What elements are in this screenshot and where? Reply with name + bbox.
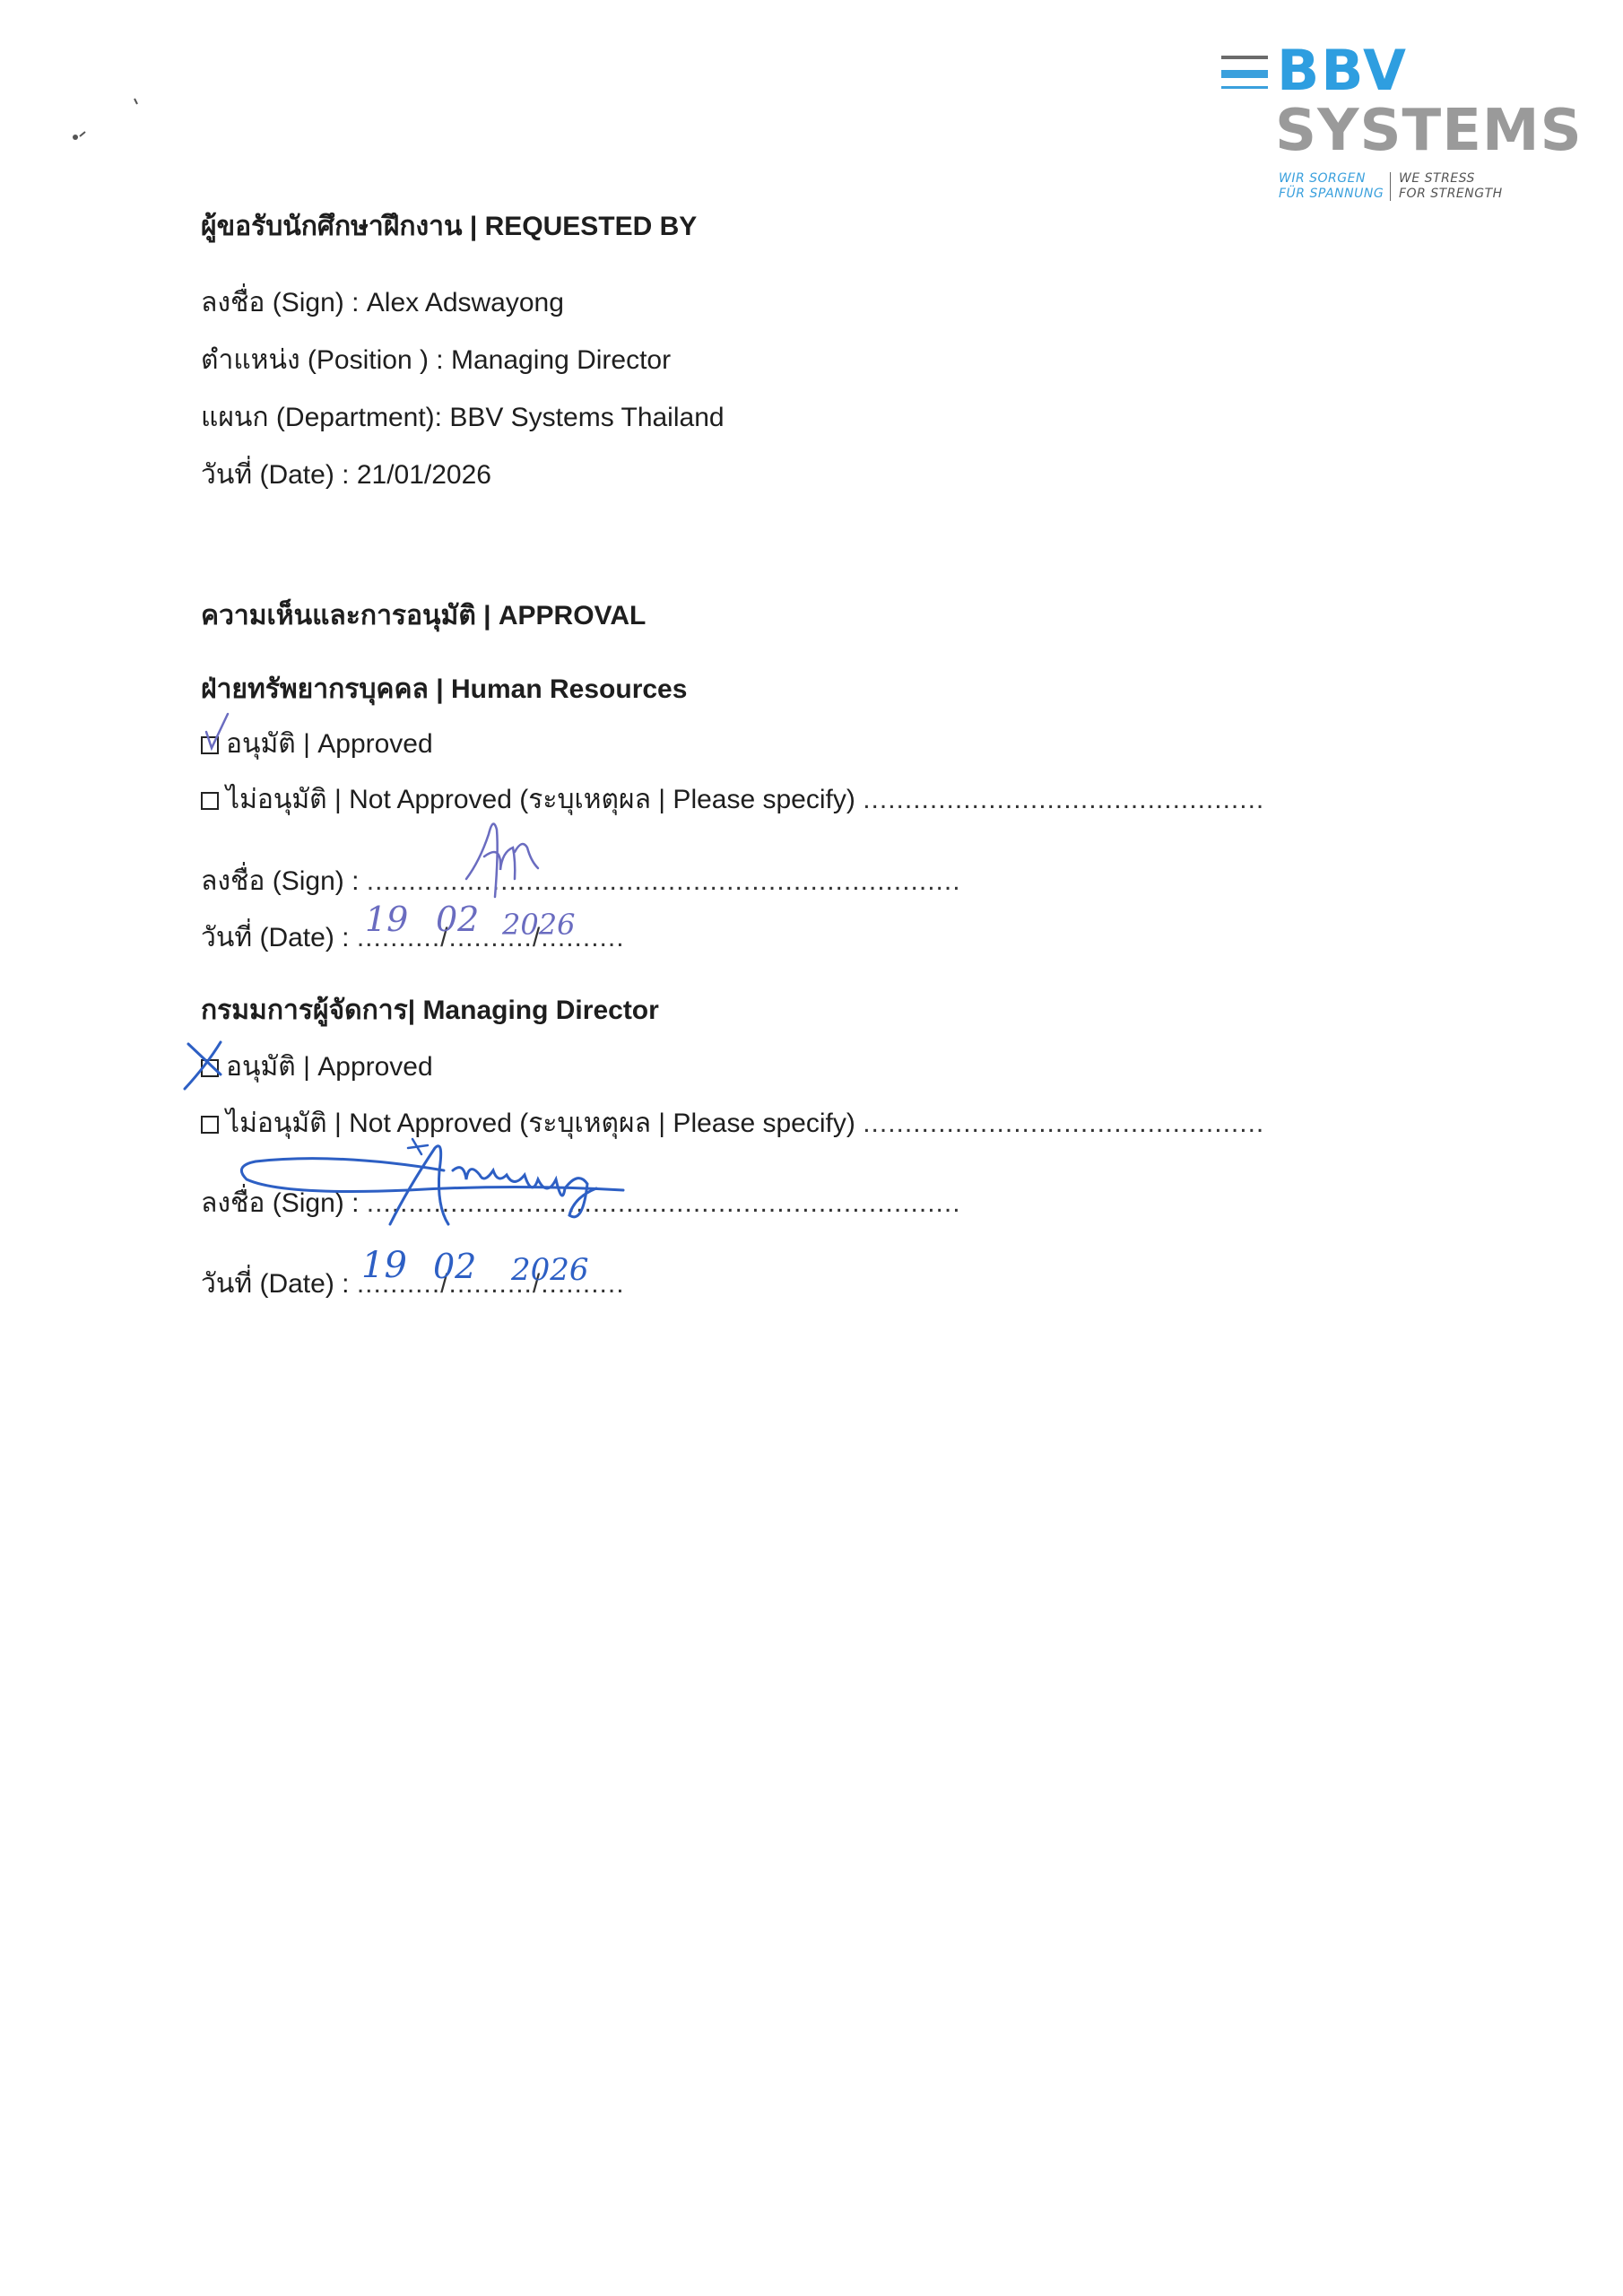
date-label: วันที่ (Date) : [201, 1269, 357, 1299]
company-logo: BBV SYSTEMS WIR SORGENFÜR SPANNUNG WE ST… [1221, 52, 1598, 209]
logo-name-bottom: SYSTEMS [1275, 102, 1583, 160]
md-not-approved-checkbox[interactable] [201, 1116, 219, 1134]
hr-not-approved-checkbox[interactable] [201, 792, 219, 810]
hr-date-day: 19 [365, 900, 408, 939]
requester-sign-field: ลงชื่อ (Sign) : Alex Adswayong [201, 290, 564, 317]
md-sign-field: ลงชื่อ (Sign) : ........................… [201, 1190, 961, 1217]
hr-section-heading: ฝ่ายทรัพยากรบุคคล | Human Resources [201, 676, 687, 703]
hr-not-approved-option[interactable]: ไม่อนุมัติ | Not Approved (ระบุเหตุผล | … [201, 787, 1264, 813]
logo-tagline-en: WE STRESSFOR STRENGTH [1399, 171, 1503, 202]
requested-by-heading: ผู้ขอรับนักศึกษาฝึกงาน | REQUESTED BY [201, 213, 697, 240]
logo-name-top: BBV [1277, 43, 1408, 99]
logo-tagline-de: WIR SORGENFÜR SPANNUNG [1279, 171, 1384, 202]
md-section-heading: กรมมการผู้จัดการ| Managing Director [201, 997, 659, 1024]
specify-reason-field[interactable]: ........................................… [863, 1109, 1264, 1138]
field-label: วันที่ (Date) : [201, 460, 357, 490]
hr-date-year: 2026 [502, 908, 575, 942]
md-date-year: 2026 [511, 1252, 589, 1288]
hr-date-month: 02 [436, 900, 479, 939]
md-not-approved-option[interactable]: ไม่อนุมัติ | Not Approved (ระบุเหตุผล | … [201, 1110, 1264, 1137]
sign-label: ลงชื่อ (Sign) : [201, 1188, 367, 1218]
sign-label: ลงชื่อ (Sign) : [201, 866, 367, 896]
hr-sign-field: ลงชื่อ (Sign) : ........................… [201, 868, 961, 895]
logo-bars-icon [1221, 56, 1268, 100]
hr-approved-checkbox[interactable] [201, 736, 219, 754]
option-label: อนุมัติ | Approved [226, 1052, 433, 1082]
md-approved-checkbox[interactable] [201, 1059, 219, 1077]
date-label: วันที่ (Date) : [201, 923, 357, 952]
requester-department-field: แผนก (Department): BBV Systems Thailand [201, 404, 725, 431]
field-label: ลงชื่อ (Sign) : [201, 288, 367, 317]
signature-line[interactable]: ........................................… [367, 866, 961, 896]
md-date-day: 19 [361, 1245, 407, 1286]
option-label: อนุมัติ | Approved [226, 729, 433, 759]
signature-line[interactable]: ........................................… [367, 1188, 961, 1218]
logo-separator [1390, 172, 1391, 201]
requester-date-field: วันที่ (Date) : 21/01/2026 [201, 462, 491, 489]
specify-reason-field[interactable]: ........................................… [863, 785, 1264, 814]
field-value: BBV Systems Thailand [449, 403, 724, 432]
field-label: ตำแหน่ง (Position ) : [201, 345, 451, 375]
field-label: แผนก (Department): [201, 403, 449, 432]
md-date-month: 02 [433, 1247, 476, 1286]
field-value: Managing Director [451, 345, 671, 375]
approval-heading: ความเห็นและการอนุมัติ | APPROVAL [201, 603, 646, 630]
requester-position-field: ตำแหน่ง (Position ) : Managing Director [201, 347, 671, 374]
scan-specks [0, 0, 179, 179]
hr-approved-option[interactable]: อนุมัติ | Approved [201, 731, 433, 758]
option-label: ไม่อนุมัติ | Not Approved (ระบุเหตุผล | … [226, 1109, 863, 1138]
option-label: ไม่อนุมัติ | Not Approved (ระบุเหตุผล | … [226, 785, 863, 814]
md-approved-option[interactable]: อนุมัติ | Approved [201, 1054, 433, 1081]
field-value: 21/01/2026 [357, 460, 491, 490]
field-value: Alex Adswayong [367, 288, 564, 317]
